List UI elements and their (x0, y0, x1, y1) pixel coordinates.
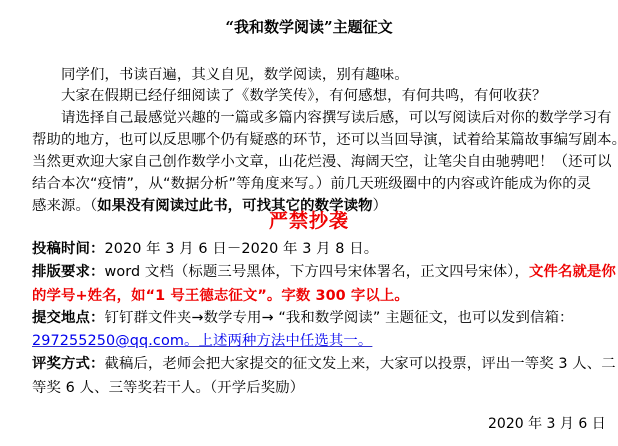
no-plagiarism-banner: 严禁抄袭 (0, 208, 618, 234)
awards-sep: ： (90, 356, 105, 372)
format-requirements: 排版要求：word 文档（标题三号黑体，下方四号宋体署名，正文四号宋体），文件名… (32, 262, 616, 282)
award-method: 评奖方式：截稿后，老师会把大家提交的征文发上来，大家可以投票，评出一等奖 3 人… (32, 354, 616, 374)
paragraph-question: 大家在假期已经仔细阅读了《数学笑传》，有何感想，有何共鸣，有何收获？ (61, 86, 546, 106)
submission-time: 投稿时间：2020 年 3 月 6 日－2020 年 3 月 8 日。 (32, 239, 378, 259)
location-label: 提交地点 (32, 309, 90, 326)
document-date: 2020 年 3 月 6 日 (488, 414, 606, 434)
format-value: word 文档（标题三号黑体，下方四号宋体署名，正文四号宋体）， (104, 264, 529, 280)
filename-rule-part2: 的学号+姓名，如“1 号王德志征文”。字数 300 字以上。 (32, 286, 409, 306)
paragraph-greeting: 同学们，书读百遍，其义自见，数学阅读，别有趣味。 (61, 65, 409, 85)
instructions-line-3: 当然更欢迎大家自己创作数学小文章，山花烂漫、海阔天空，让笔尖自由驰骋吧！（还可以 (32, 152, 612, 172)
format-sep: ： (90, 264, 105, 280)
email-link-tail[interactable]: 。上述两种方法中任选其一。 (184, 333, 372, 349)
submission-time-sep: ： (90, 241, 105, 257)
awards-label: 评奖方式 (32, 355, 90, 372)
email-line: 297255250@qq.com。上述两种方法中任选其一。 (32, 331, 372, 351)
location-sep: ： (90, 310, 105, 326)
document-title: “我和数学阅读”主题征文 (0, 16, 618, 38)
submission-location: 提交地点：钉钉群文件夹→数学专用→ “我和数学阅读” 主题征文，也可以发到信箱： (32, 308, 573, 328)
location-value: 钉钉群文件夹→数学专用→ “我和数学阅读” 主题征文，也可以发到信箱： (104, 310, 573, 326)
instructions-line-4: 结合本次“疫情”，从“数据分析”等角度来写。）前几天班级圈中的内容或许能成为你的… (32, 174, 591, 194)
submission-time-value: 2020 年 3 月 6 日－2020 年 3 月 8 日。 (104, 241, 378, 257)
awards-value-line-1: 截稿后，老师会把大家提交的征文发上来，大家可以投票，评出一等奖 3 人、二 (104, 356, 615, 372)
email-link[interactable]: 297255250@qq.com (32, 333, 184, 349)
instructions-line-1: 请选择自己最感觉兴趣的一篇或多篇内容撰写读后感，可以写阅读后对你的数学学习有 (61, 108, 612, 128)
filename-rule-part1: 文件名就是你 (529, 264, 616, 280)
instructions-line-2: 帮助的地方，也可以反思哪个仍有疑惑的环节，还可以当回导演，试着给某篇故事编写剧本… (32, 130, 618, 150)
format-label: 排版要求 (32, 263, 90, 280)
submission-time-label: 投稿时间 (32, 240, 90, 257)
awards-value-line-2: 等奖 6 人、三等奖若干人。（开学后奖励） (32, 378, 304, 398)
